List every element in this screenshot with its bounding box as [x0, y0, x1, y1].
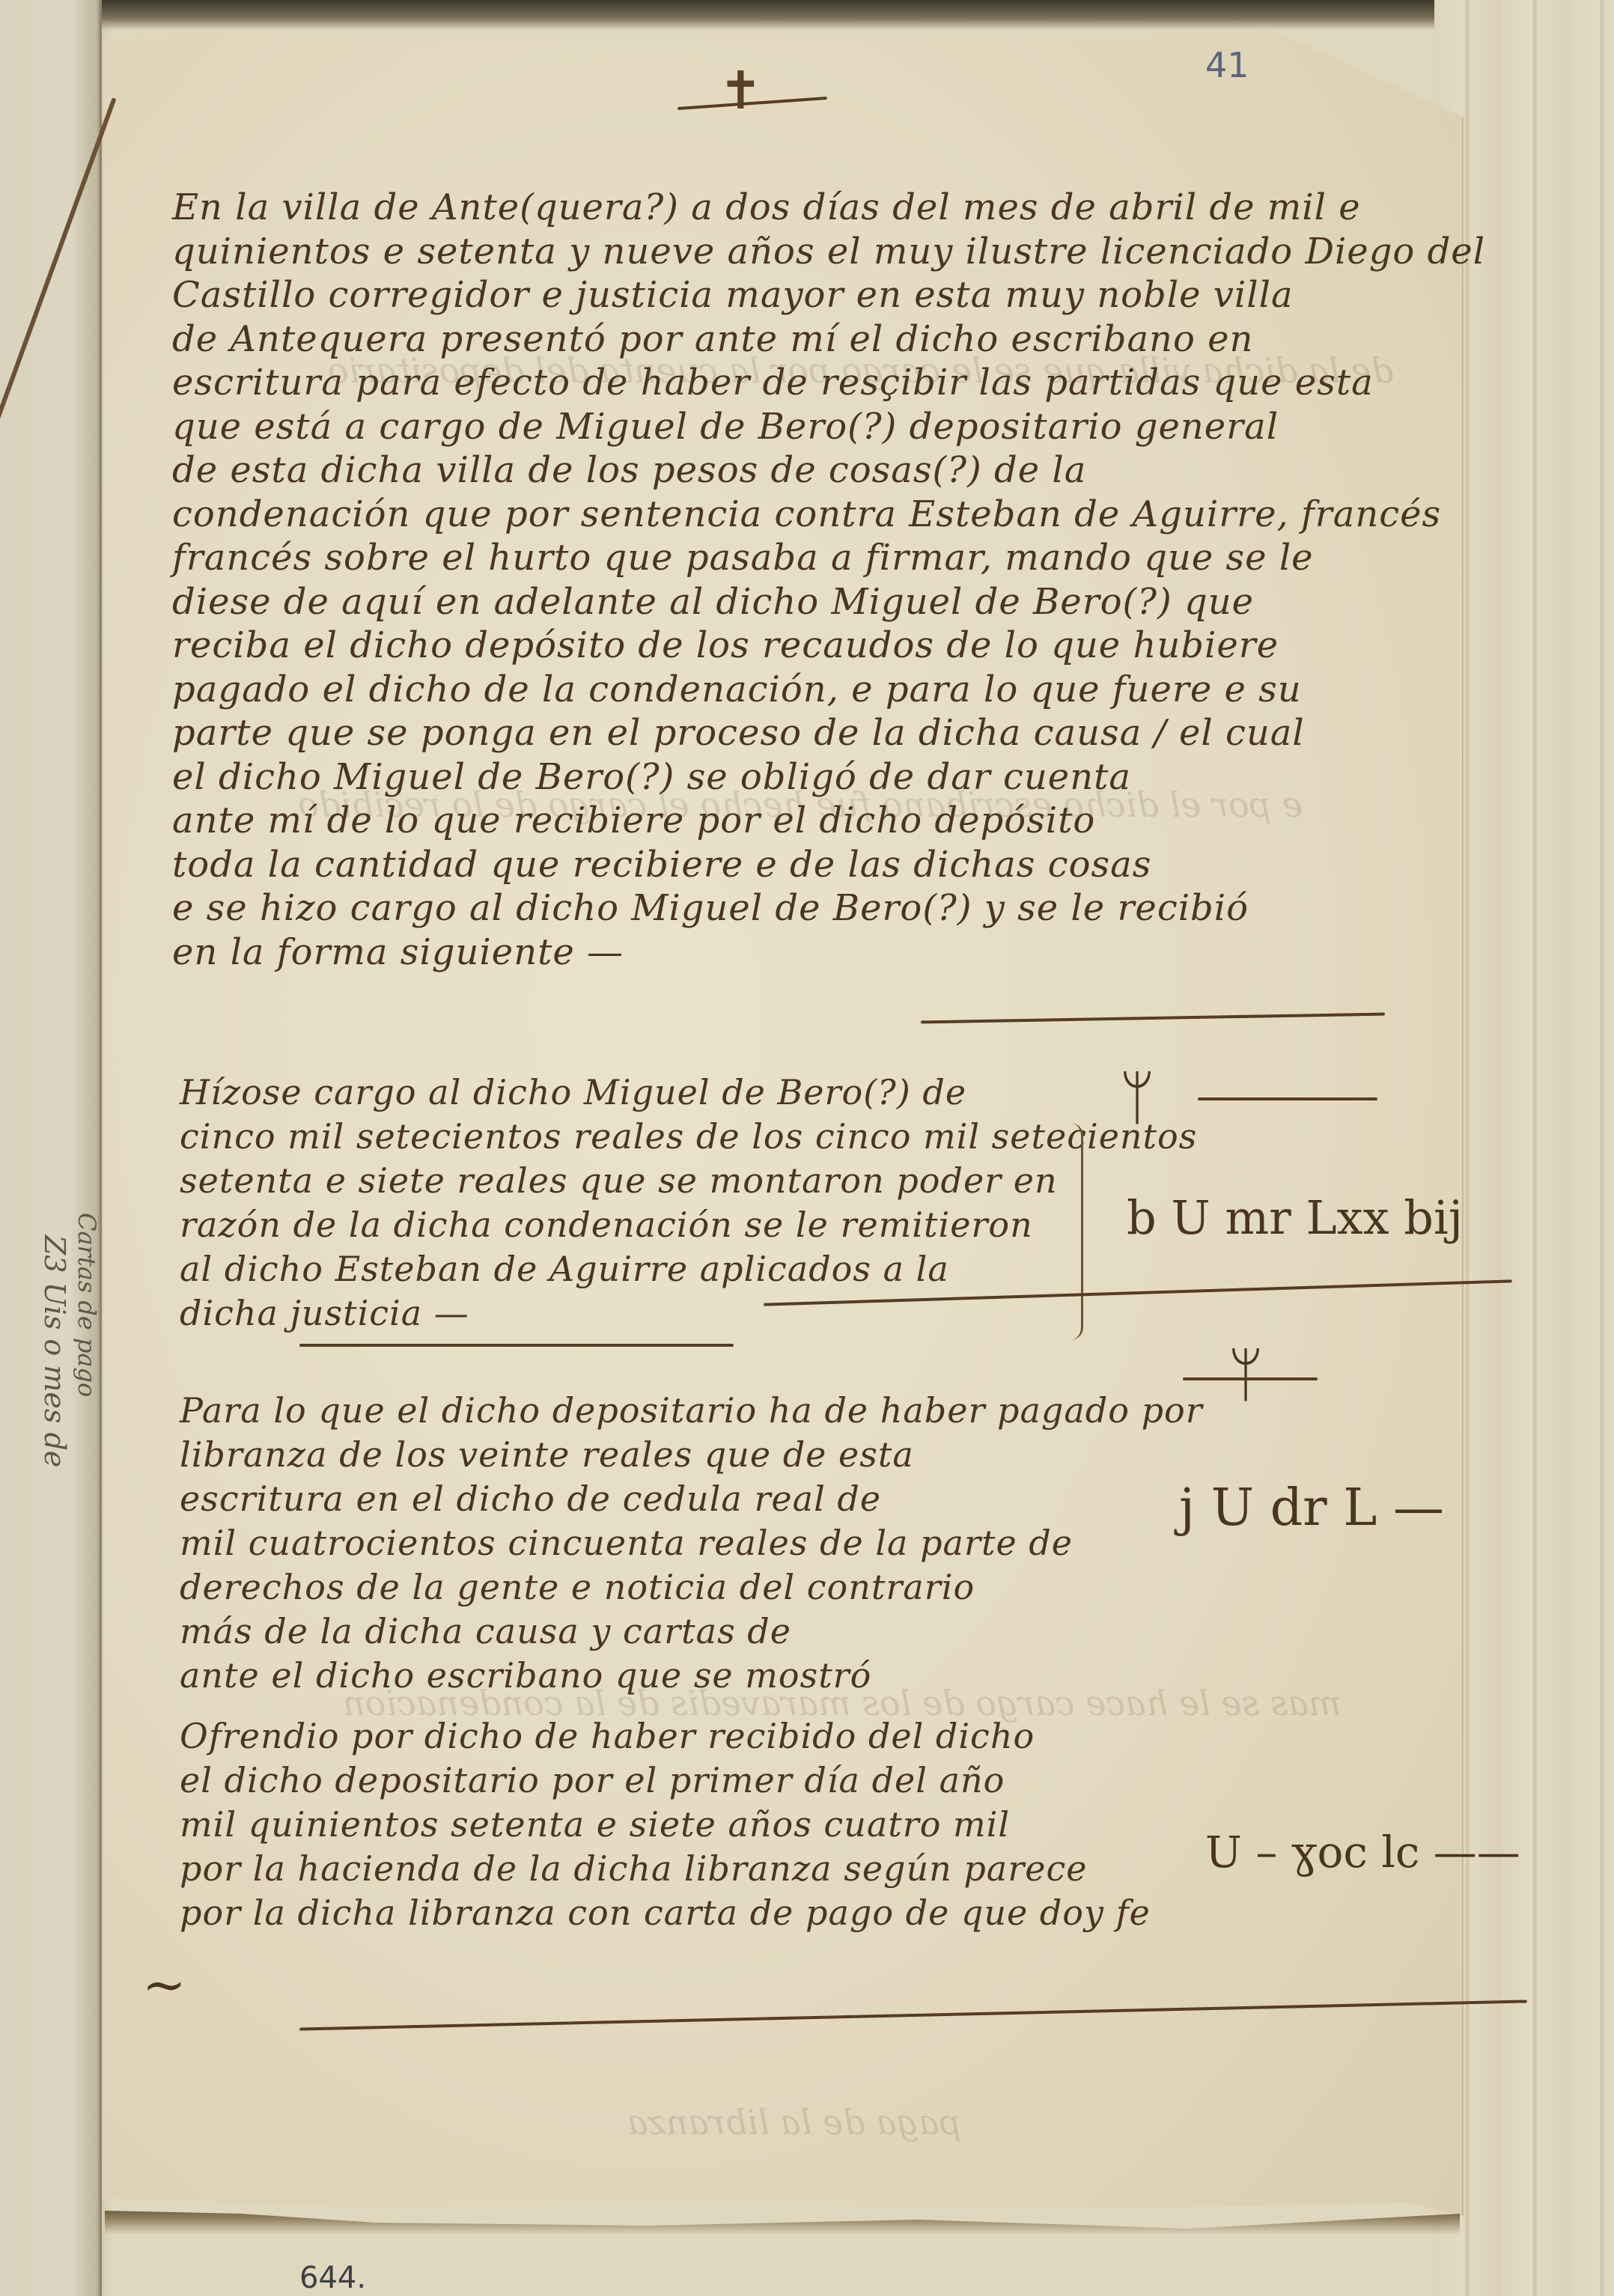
text-line: Ofrendio por dicho de haber recibido del… — [180, 1714, 1078, 1758]
cross-heading-icon: ✝ — [719, 60, 763, 121]
text-line: por la dicha libranza con carta de pago … — [180, 1891, 1078, 1935]
margin-note-line-1: Z3 Uis o mes de — [38, 1235, 71, 1467]
text-line: escritura en el dicho de cedula real de — [180, 1477, 1078, 1521]
text-line: el dicho Miguel de Bero(?) se obligó de … — [172, 755, 1445, 800]
paragraph-opening: En la villa de Ante(quera?) a dos días d… — [172, 186, 1445, 974]
text-line: más de la dicha causa y cartas de — [180, 1610, 1078, 1654]
text-line: Hízose cargo al dicho Miguel de Bero(?) … — [180, 1071, 1078, 1115]
text-line: libranza de los veinte reales que de est… — [180, 1433, 1078, 1477]
facing-page-left — [0, 0, 101, 2296]
text-line: de Antequera presentó por ante mí el dic… — [172, 317, 1445, 362]
archive-number: 644. — [299, 2261, 366, 2295]
text-line: reciba el dicho depósito de los recaudos… — [172, 624, 1445, 668]
margin-note-line-2: Cartas de pago — [73, 1213, 101, 1397]
entry-bracket — [1071, 1123, 1083, 1340]
check-mark-icon: ᛘ — [1119, 1063, 1155, 1133]
text-line: Para lo que el dicho depositario ha de h… — [180, 1389, 1078, 1433]
entry-1-sum: b U mr Lxx bij — [1127, 1190, 1463, 1245]
text-line: que está a cargo de Miguel de Bero(?) de… — [172, 405, 1445, 449]
text-line: setenta e siete reales que se montaron p… — [180, 1159, 1078, 1203]
ledger-entry-1: Hízose cargo al dicho Miguel de Bero(?) … — [180, 1071, 1078, 1336]
text-line: pagado el dicho de la condenación, e par… — [172, 668, 1445, 712]
check-mark-icon: ᛘ — [1228, 1340, 1264, 1410]
torn-bottom-edge — [105, 2205, 1460, 2235]
entry-2-sum: j U dr L — — [1179, 1479, 1444, 1538]
text-line: En la villa de Ante(quera?) a dos días d… — [172, 186, 1445, 230]
ledger-entry-2: Para lo que el dicho depositario ha de h… — [180, 1389, 1078, 1698]
manuscript-scan: Z3 Uis o mes de Cartas de pago de la dic… — [0, 0, 1614, 2296]
text-line: de esta dicha villa de los pesos de cosa… — [172, 448, 1445, 493]
text-line: mil quinientos setenta e siete años cuat… — [180, 1803, 1078, 1847]
text-line: al dicho Esteban de Aguirre aplicados a … — [180, 1247, 1078, 1291]
line-filler-rule — [299, 1344, 734, 1347]
text-line: derechos de la gente e noticia del contr… — [180, 1565, 1078, 1610]
text-line: francés sobre el hurto que pasaba a firm… — [172, 536, 1445, 580]
text-line: diese de aquí en adelante al dicho Migue… — [172, 580, 1445, 624]
text-line: e se hizo cargo al dicho Miguel de Bero(… — [172, 886, 1445, 931]
text-line: cinco mil setecientos reales de los cinc… — [180, 1115, 1078, 1159]
text-line: razón de la dicha condenación se le remi… — [180, 1203, 1078, 1247]
check-mark-stroke — [1198, 1097, 1377, 1100]
folio-number: 41 — [1205, 45, 1249, 85]
check-mark-stroke — [1183, 1377, 1318, 1380]
text-line: ante mí de lo que recibiere por el dicho… — [172, 799, 1445, 843]
text-line: ante el dicho escribano que se mostró — [180, 1654, 1078, 1698]
entry-3-sum: U – ɣoc lc —— — [1205, 1827, 1520, 1878]
text-line: Castillo corregidor e justicia mayor en … — [172, 273, 1445, 317]
text-line: mil cuatrocientos cincuenta reales de la… — [180, 1521, 1078, 1565]
text-line: por la hacienda de la dicha libranza seg… — [180, 1847, 1078, 1891]
text-line: escritura para efecto de haber de resçib… — [172, 361, 1445, 405]
text-line: toda la cantidad que recibiere e de las … — [172, 843, 1445, 887]
text-line: el dicho depositario por el primer día d… — [180, 1758, 1078, 1803]
closing-flourish: ~ — [142, 1954, 186, 2015]
text-line: parte que se ponga en el proceso de la d… — [172, 711, 1445, 755]
text-line: condenación que por sentencia contra Est… — [172, 493, 1445, 537]
text-line: en la forma siguiente — — [172, 931, 1445, 975]
scan-background-top — [0, 0, 1614, 30]
binding-gutter — [100, 0, 102, 2296]
ledger-entry-3: Ofrendio por dicho de haber recibido del… — [180, 1714, 1078, 1935]
bleed-through-text: paga de la libranza — [627, 2096, 961, 2149]
text-line: quinientos e setenta y nueve años el muy… — [172, 230, 1445, 274]
